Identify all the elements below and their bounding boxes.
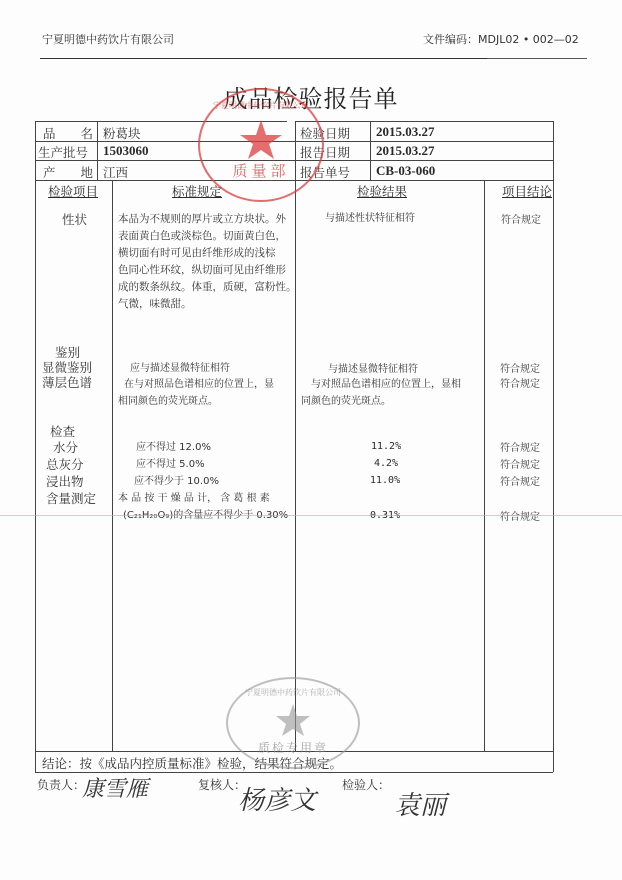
conclusion-extract: 符合规定 [500, 474, 540, 491]
product-name-label: 品 名 [43, 124, 93, 142]
stamp-ring-text: 宁夏明德中药饮片有限公司 [228, 687, 358, 698]
result-line: 同颜色的荧光斑点。 [301, 393, 461, 410]
item-extract: 浸出物 [46, 474, 84, 489]
origin-value: 江西 [103, 163, 128, 181]
item-total-ash: 总灰分 [46, 457, 84, 472]
stamp-ring-text: 宁夏明德中药饮片有限公司 [200, 100, 322, 111]
responsible-label: 负责人： [37, 776, 85, 793]
result-extract: 11.0% [370, 475, 400, 486]
result-character: 与描述性状特征相符 [325, 210, 415, 227]
batch-value: 1503060 [103, 143, 149, 159]
responsible-signature: 康雪雁 [82, 772, 148, 803]
product-name-value: 粉葛块 [103, 124, 141, 142]
item-moisture: 水分 [53, 440, 78, 455]
header-divider-end [487, 58, 587, 59]
column-header-result: 检验结果 [357, 182, 407, 200]
inspector-signature: 袁丽 [394, 785, 446, 822]
inspector-label: 检验人： [342, 776, 390, 793]
standard-line: 横切面有时可见由纤维形成的浅棕 [118, 245, 297, 262]
result-total-ash: 4.2% [374, 458, 398, 469]
standard-line: 成的数条纵纹。体重，质硬，富粉性。 [118, 279, 297, 296]
reviewer-signature: 杨彦文 [238, 780, 316, 817]
standard-character: 本品为不规则的厚片或立方块状。外 表面黄白色或淡棕色。切面黄白色， 横切面有时可… [118, 211, 297, 313]
item-microscopic: 显微鉴别 [42, 360, 92, 375]
standard-line: 相同颜色的荧光斑点。 [118, 393, 274, 410]
standard-microscopic: 应与描述显微特征相符 [130, 360, 230, 377]
stamp-text: 质量部 [200, 160, 322, 181]
result-tlc: 与对照品色谱相应的位置上，显相 同颜色的荧光斑点。 [301, 376, 461, 410]
standard-moisture: 应不得过 12.0% [136, 439, 211, 456]
standard-extract: 应不得少于 10.0% [134, 473, 219, 490]
standard-line: 本品为不规则的厚片或立方块状。外 [118, 211, 297, 228]
standard-line: 色同心性环纹，纵切面可见由纤维形 [118, 262, 297, 279]
scan-artifact-line [0, 515, 622, 516]
report-no-value: CB-03-060 [376, 163, 435, 179]
standard-line: 本 品 按 干 燥 品 计， 含 葛 根 素 [118, 490, 288, 507]
company-name: 宁夏明德中药饮片有限公司 [42, 31, 174, 47]
standard-line: 在与对照品色谱相应的位置上，显 [124, 376, 274, 393]
standard-assay: 本 品 按 干 燥 品 计， 含 葛 根 素 (C₂₁H₂₀O₉)的含量应不得少… [118, 490, 288, 524]
conclusion-moisture: 符合规定 [500, 440, 540, 457]
report-date-value: 2015.03.27 [376, 143, 435, 159]
quality-department-stamp: 质量部 宁夏明德中药饮片有限公司 [198, 88, 324, 202]
item-character: 性状 [62, 212, 87, 227]
item-examination-heading: 检查 [50, 424, 75, 439]
batch-label: 生产批号 [38, 143, 88, 161]
qc-special-seal: 质检专用章 宁夏明德中药饮片有限公司 [226, 677, 360, 769]
item-identification: 鉴别 [55, 345, 80, 360]
stamp-text: 质检专用章 [228, 739, 358, 756]
standard-line: 气微，味微甜。 [118, 296, 297, 313]
item-tlc: 薄层色谱 [42, 375, 92, 390]
document-code: 文件编码：MDJL02 • 002—02 [423, 31, 579, 47]
standard-line: 表面黄白色或淡棕色。切面黄白色， [118, 228, 297, 245]
header-divider [40, 58, 487, 59]
standard-total-ash: 应不得过 5.0% [136, 456, 205, 473]
conclusion-character: 符合规定 [501, 212, 541, 229]
inspect-date-value: 2015.03.27 [376, 124, 435, 140]
result-moisture: 11.2% [371, 441, 401, 452]
conclusion-tlc: 符合规定 [500, 376, 540, 393]
item-assay: 含量测定 [46, 491, 96, 506]
result-line: 与对照品色谱相应的位置上，显相 [311, 376, 461, 393]
column-header-conclusion: 项目结论 [502, 182, 552, 200]
conclusion-total-ash: 符合规定 [500, 457, 540, 474]
standard-tlc: 在与对照品色谱相应的位置上，显 相同颜色的荧光斑点。 [124, 376, 274, 410]
column-header-item: 检验项目 [48, 182, 98, 200]
conclusion-assay: 符合规定 [500, 509, 540, 526]
origin-label: 产 地 [43, 163, 93, 181]
